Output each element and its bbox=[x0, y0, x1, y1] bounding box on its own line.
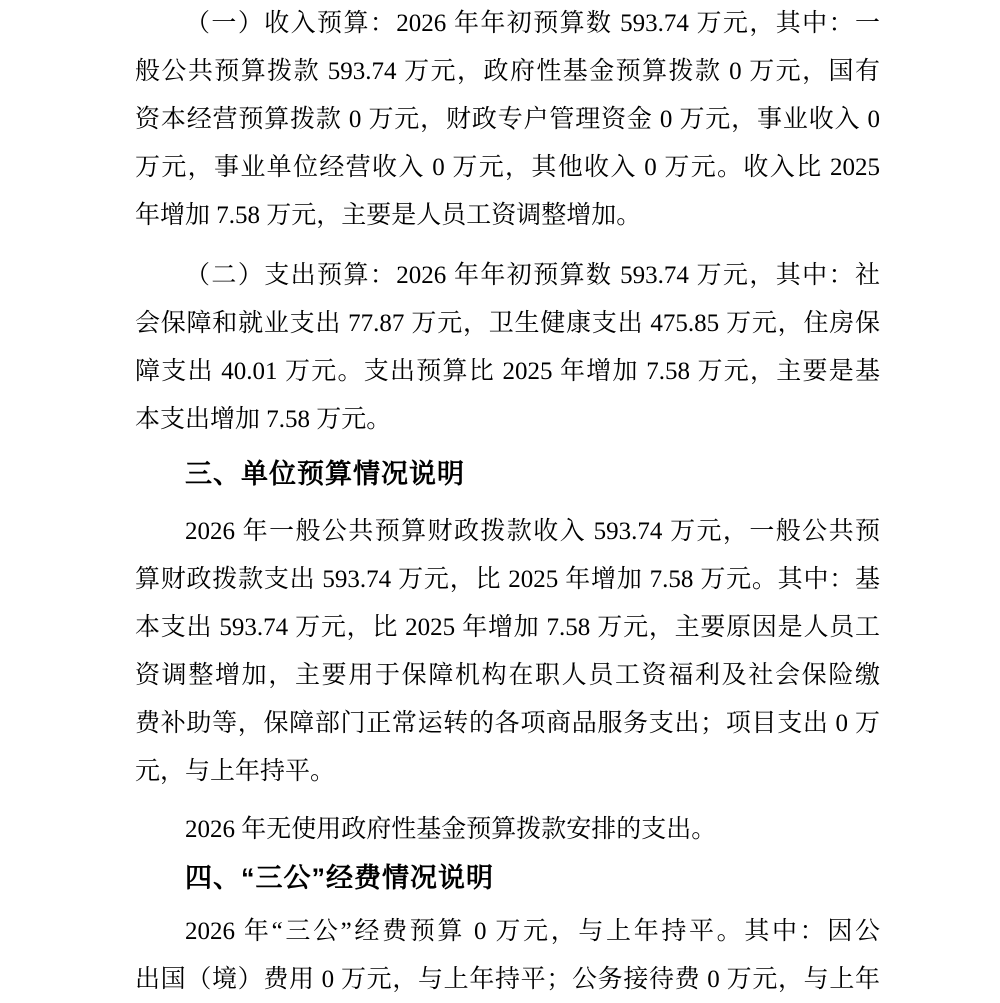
text-line: 算财政拨款支出 593.74 万元，比 2025 年增加 7.58 万元。其中：… bbox=[135, 556, 880, 604]
text-line: 资本经营预算拨款 0 万元，财政专户管理资金 0 万元，事业收入 0 bbox=[135, 96, 880, 144]
text-line: 般公共预算拨款 593.74 万元，政府性基金预算拨款 0 万元，国有 bbox=[135, 48, 880, 96]
text-line: 会保障和就业支出 77.87 万元，卫生健康支出 475.85 万元，住房保 bbox=[135, 300, 880, 348]
document-body: （一）收入预算：2026 年年初预算数 593.74 万元，其中：一般公共预算拨… bbox=[135, 0, 880, 1003]
expenditure-budget-paragraph: （二）支出预算：2026 年年初预算数 593.74 万元，其中：社会保障和就业… bbox=[135, 252, 880, 444]
text-line: 2026 年无使用政府性基金预算拨款安排的支出。 bbox=[135, 806, 880, 854]
text-line: 本支出 593.74 万元，比 2025 年增加 7.58 万元，主要原因是人员… bbox=[135, 604, 880, 652]
section-heading: 三、单位预算情况说明 bbox=[185, 450, 880, 498]
text-line: 万元，事业单位经营收入 0 万元，其他收入 0 万元。收入比 2025 bbox=[135, 144, 880, 192]
three-public-expenses-paragraph: 2026 年“三公”经费预算 0 万元，与上年持平。其中：因公出国（境）费用 0… bbox=[135, 908, 880, 1003]
unit-budget-explanation-paragraph: 2026 年一般公共预算财政拨款收入 593.74 万元，一般公共预算财政拨款支… bbox=[135, 508, 880, 796]
text-line: 本支出增加 7.58 万元。 bbox=[135, 396, 880, 444]
income-budget-paragraph: （一）收入预算：2026 年年初预算数 593.74 万元，其中：一般公共预算拨… bbox=[135, 0, 880, 240]
text-line: 出国（境）费用 0 万元，与上年持平；公务接待费 0 万元，与上年 bbox=[135, 956, 880, 1003]
text-line: （二）支出预算：2026 年年初预算数 593.74 万元，其中：社 bbox=[135, 252, 880, 300]
section-heading-4: 四、“三公”经费情况说明 bbox=[135, 854, 880, 902]
text-line: 资调整增加，主要用于保障机构在职人员工资福利及社会保险缴 bbox=[135, 652, 880, 700]
section-heading: 四、“三公”经费情况说明 bbox=[185, 854, 880, 902]
document-page: （一）收入预算：2026 年年初预算数 593.74 万元，其中：一般公共预算拨… bbox=[0, 0, 1000, 1003]
text-line: 障支出 40.01 万元。支出预算比 2025 年增加 7.58 万元，主要是基 bbox=[135, 348, 880, 396]
section-heading-3: 三、单位预算情况说明 bbox=[135, 450, 880, 498]
text-line: 费补助等，保障部门正常运转的各项商品服务支出；项目支出 0 万 bbox=[135, 700, 880, 748]
text-line: 2026 年一般公共预算财政拨款收入 593.74 万元，一般公共预 bbox=[135, 508, 880, 556]
text-line: （一）收入预算：2026 年年初预算数 593.74 万元，其中：一 bbox=[135, 0, 880, 48]
text-line: 元，与上年持平。 bbox=[135, 748, 880, 796]
text-line: 2026 年“三公”经费预算 0 万元，与上年持平。其中：因公 bbox=[135, 908, 880, 956]
government-fund-paragraph: 2026 年无使用政府性基金预算拨款安排的支出。 bbox=[135, 806, 880, 854]
text-line: 年增加 7.58 万元，主要是人员工资调整增加。 bbox=[135, 192, 880, 240]
